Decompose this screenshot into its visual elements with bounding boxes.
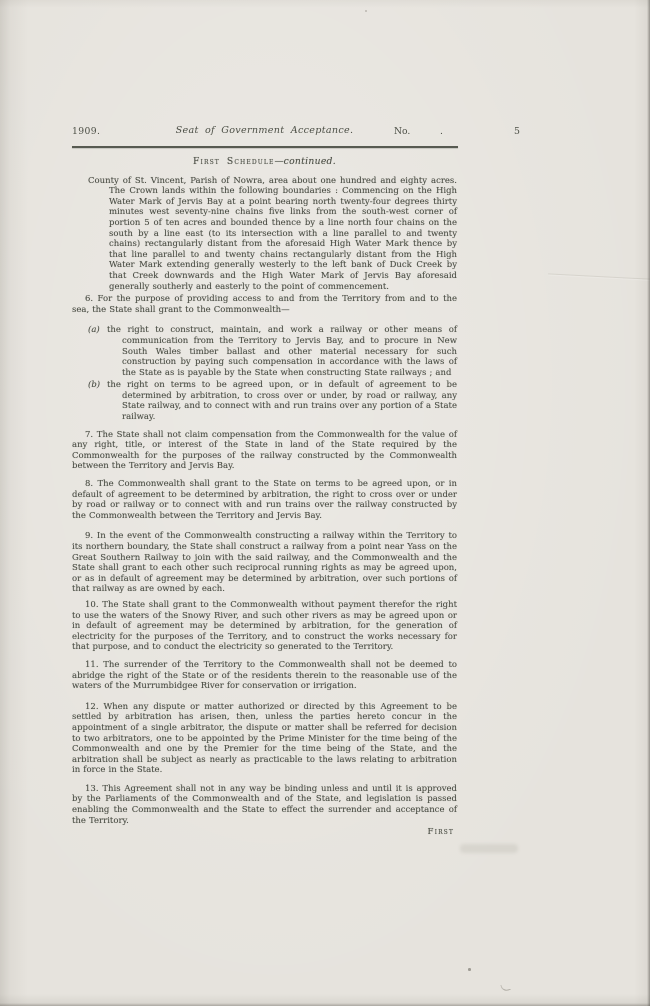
clause-6-intro: 6. For the purpose of providing access t… xyxy=(72,294,457,315)
ink-bleed-smudge xyxy=(460,844,518,853)
schedule-heading-smallcaps: First Schedule xyxy=(193,156,274,167)
act-number-blank-period: . xyxy=(440,126,443,137)
clause-6b-label: (b) xyxy=(88,380,100,391)
paragraph-county-description: County of St. Vincent, Parish of Nowra, … xyxy=(88,176,457,293)
schedule-heading-dash: — xyxy=(274,156,283,167)
clause-10: 10. The State shall grant to the Commonw… xyxy=(72,600,457,653)
header-rule xyxy=(72,146,458,148)
schedule-heading: First Schedule—continued. xyxy=(72,157,457,168)
clause-8: 8. The Commonwealth shall grant to the S… xyxy=(72,479,457,521)
paper-speck xyxy=(365,10,367,12)
catchword: First xyxy=(72,827,454,838)
clause-7: 7. The State shall not claim compensatio… xyxy=(72,430,457,472)
clause-6b: (b)the right on terms to be agreed upon,… xyxy=(122,380,457,422)
page-number: 5 xyxy=(514,126,520,137)
paper-speck xyxy=(468,968,471,971)
clause-6b-text: the right on terms to be agreed upon, or… xyxy=(107,380,457,422)
clause-12: 12. When any dispute or matter authorize… xyxy=(72,702,457,776)
schedule-heading-continued: continued. xyxy=(284,156,336,167)
clause-6a: (a)the right to construct, maintain, and… xyxy=(122,325,457,378)
clause-6a-label: (a) xyxy=(88,325,100,336)
text-block: First Schedule—continued. County of St. … xyxy=(72,157,457,838)
pencil-mark xyxy=(500,983,510,992)
paper-crease-line xyxy=(548,273,650,279)
clause-13: 13. This Agreement shall not in any way … xyxy=(72,784,457,826)
clause-6a-text: the right to construct, maintain, and wo… xyxy=(107,325,457,377)
scanned-document-page: 1909. Seat of Government Acceptance. No.… xyxy=(0,0,650,1006)
clause-11: 11. The surrender of the Territory to th… xyxy=(72,660,457,692)
act-number-label: No. xyxy=(394,126,410,137)
clause-9: 9. In the event of the Commonwealth cons… xyxy=(72,531,457,595)
